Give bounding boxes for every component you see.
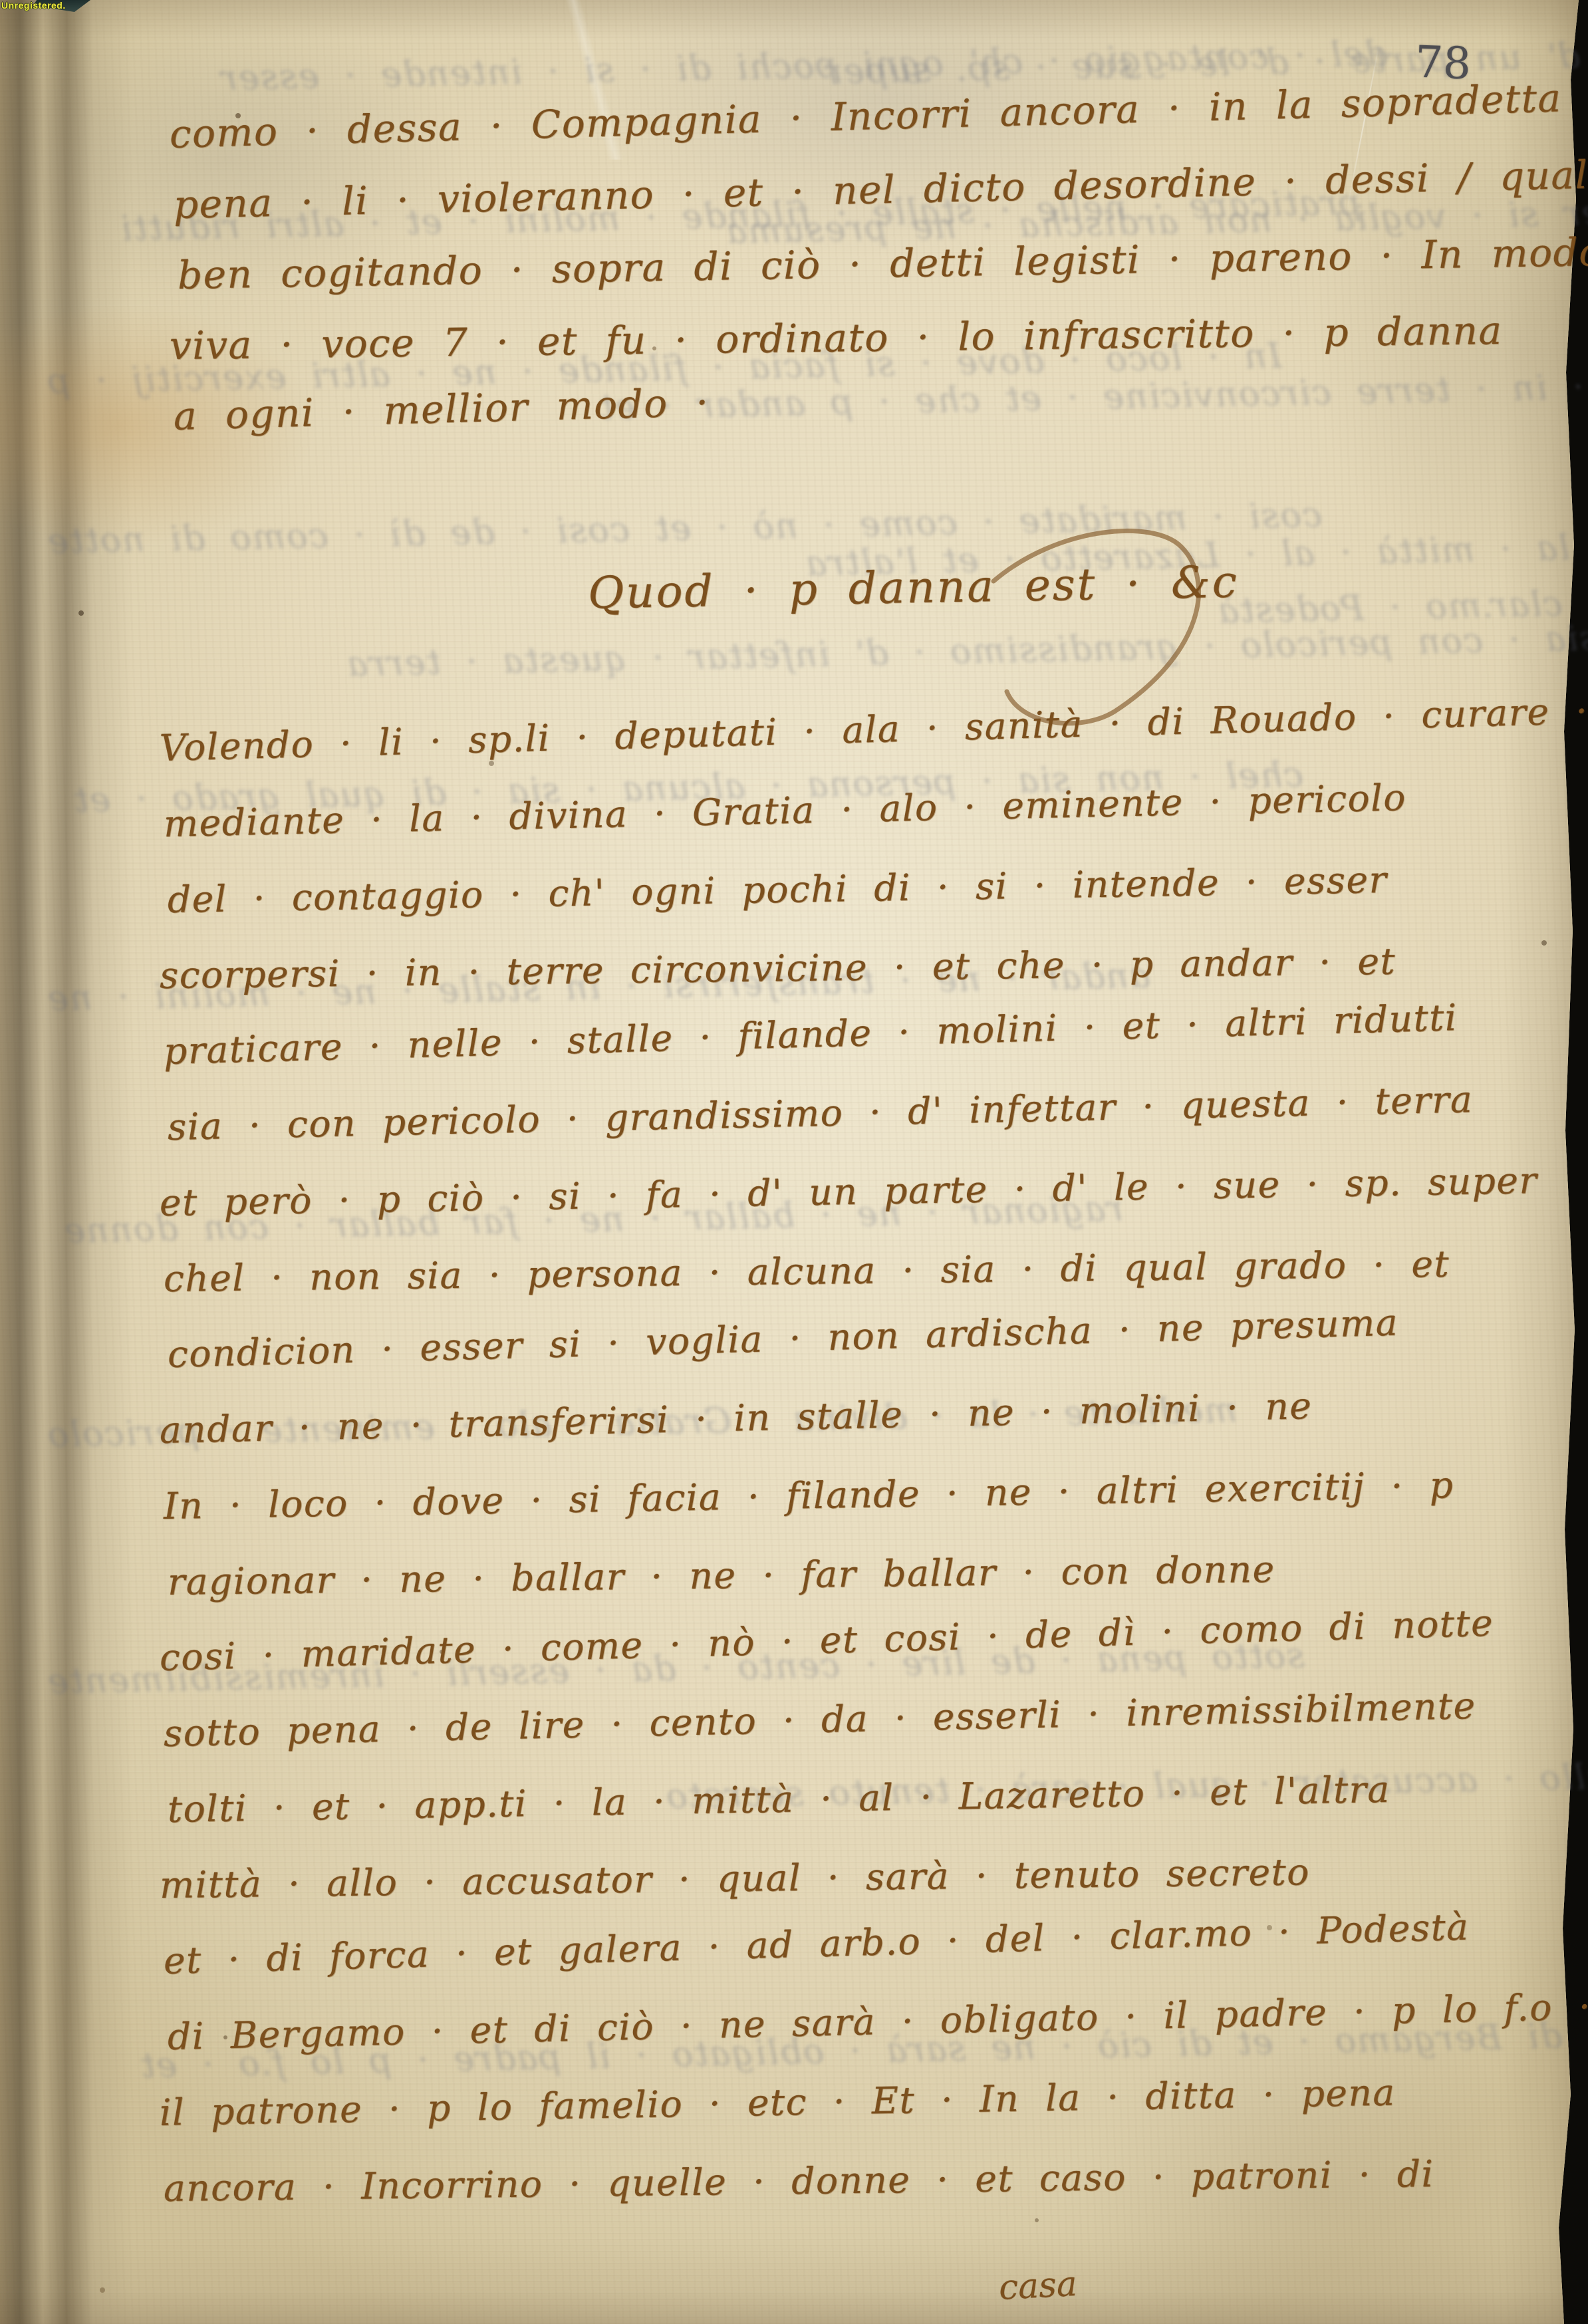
manuscript-scan: del · contaggio · ch' ogni pochi di · si…: [0, 0, 1588, 2324]
scanner-watermark: Unregistered.: [1, 0, 66, 11]
folio-number: 78: [1414, 37, 1472, 90]
catchword: casa: [998, 2264, 1079, 2308]
